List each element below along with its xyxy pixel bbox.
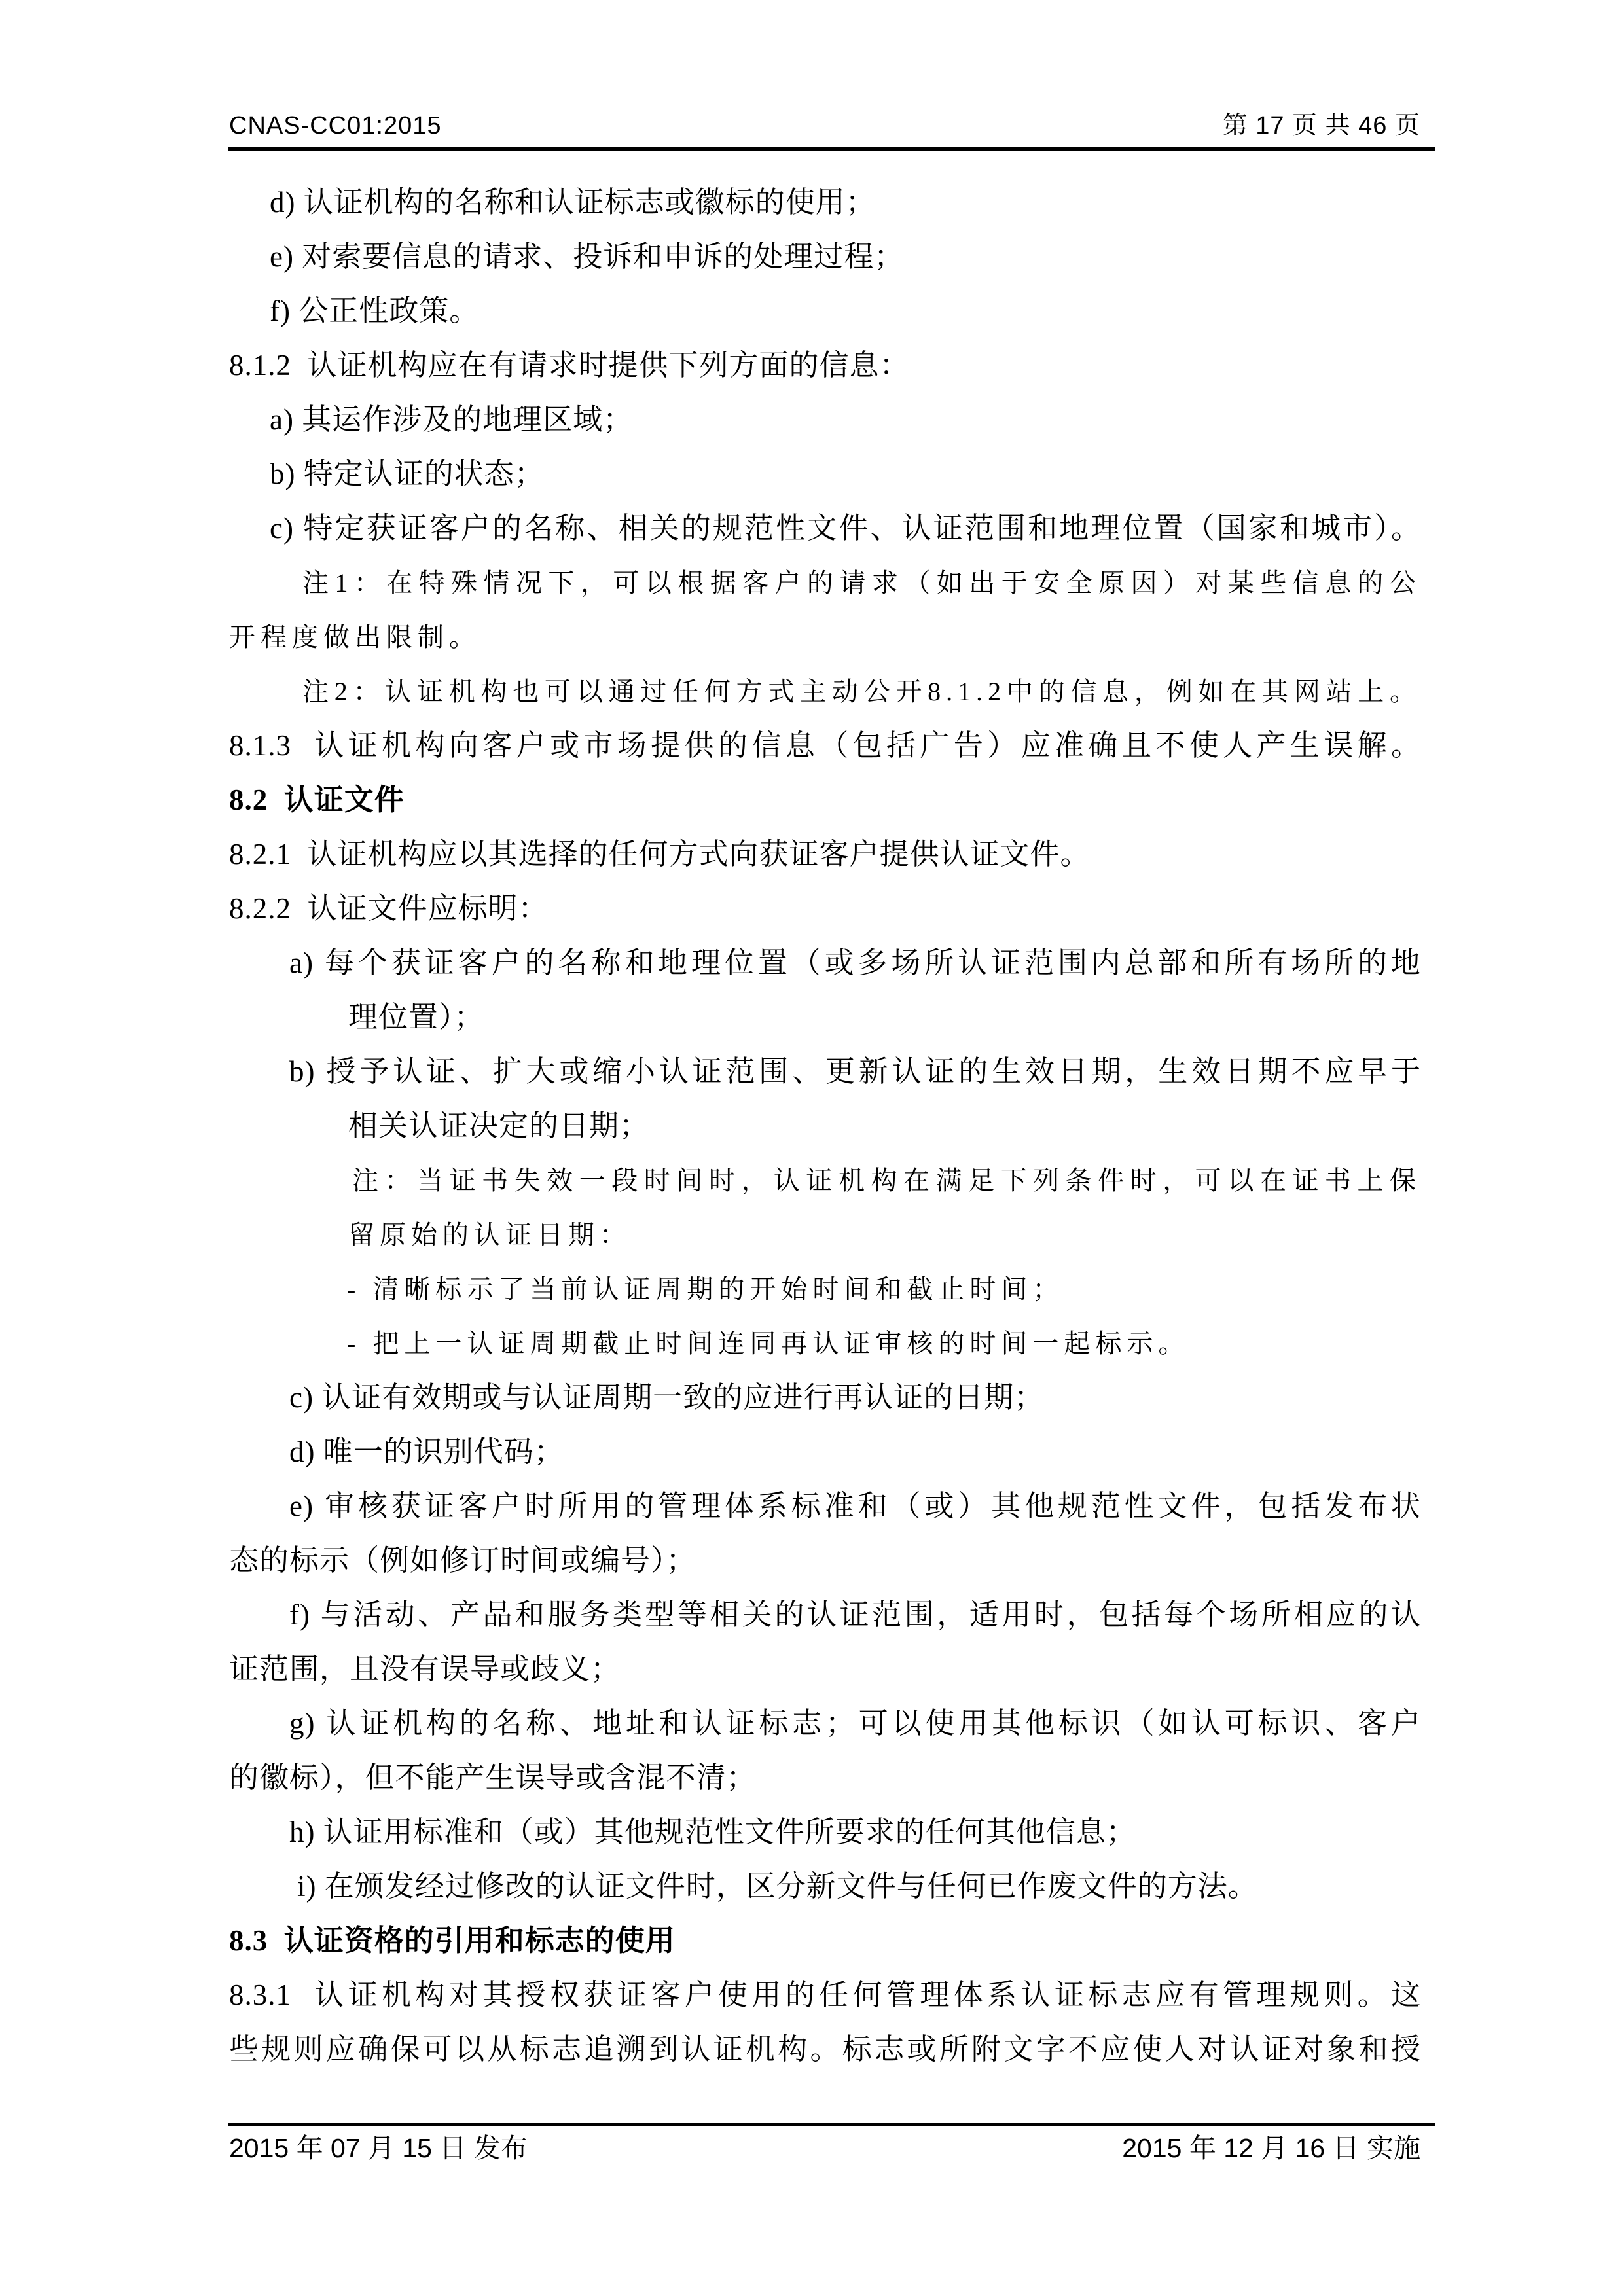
list-item-c: c) 认证有效期或与认证周期一致的应进行再认证的日期； [229, 1371, 1421, 1425]
dash-item-2: - 把上一认证周期截止时间连同再认证审核的时间一起标示。 [229, 1316, 1421, 1371]
list-item-e: e) 审核获证客户时所用的管理体系标准和（或）其他规范性文件，包括发布状 [229, 1479, 1421, 1534]
note-2: 注2：认证机构也可以通过任何方式主动公开8.1.2中的信息，例如在其网站上。 [229, 664, 1421, 719]
list-item-f-continuation: 证范围，且没有误导或歧义； [229, 1642, 1421, 1696]
dash-item-1: - 清晰标示了当前认证周期的开始时间和截止时间； [229, 1262, 1421, 1316]
note-1: 注1：在特殊情况下，可以根据客户的请求（如出于安全原因）对某些信息的公 [229, 556, 1421, 610]
list-item-a-continuation: 理位置）； [229, 990, 1421, 1045]
clause-8-1-2: 8.1.2 认证机构应在有请求时提供下列方面的信息： [229, 338, 1421, 393]
section-heading-8-2: 8.2 认证文件 [229, 773, 1421, 827]
clause-8-3-1-continuation: 些规则应确保可以从标志追溯到认证机构。标志或所附文字不应使人对认证对象和授 [229, 2022, 1421, 2077]
page-number: 第 17 页 共 46 页 [1223, 111, 1420, 140]
header-divider [228, 147, 1435, 151]
list-item-a: a) 每个获证客户的名称和地理位置（或多场所认证范围内总部和所有场所的地 [229, 936, 1421, 990]
clause-8-1-3: 8.1.3 认证机构向客户或市场提供的信息（包括广告）应准确且不使人产生误解。 [229, 719, 1421, 773]
list-item-e: e) 对索要信息的请求、投诉和申诉的处理过程； [229, 230, 1421, 284]
list-item-d: d) 认证机构的名称和认证标志或徽标的使用； [229, 175, 1421, 230]
page-footer: 2015 年 07 月 15 日 发布 2015 年 12 月 16 日 实施 [229, 2132, 1420, 2164]
list-item-e-continuation: 态的标示（例如修订时间或编号）； [229, 1534, 1421, 1588]
list-item-f: f) 与活动、产品和服务类型等相关的认证范围，适用时，包括每个场所相应的认 [229, 1588, 1421, 1642]
list-item-a: a) 其运作涉及的地理区域； [229, 393, 1421, 447]
list-item-h: h) 认证用标准和（或）其他规范性文件所要求的任何其他信息； [229, 1805, 1421, 1859]
list-item-b-continuation: 相关认证决定的日期； [229, 1099, 1421, 1153]
list-item-i: i) 在颁发经过修改的认证文件时，区分新文件与任何已作废文件的方法。 [229, 1859, 1421, 1914]
section-heading-8-3: 8.3 认证资格的引用和标志的使用 [229, 1914, 1421, 1968]
document-body: d) 认证机构的名称和认证标志或徽标的使用； e) 对索要信息的请求、投诉和申诉… [229, 175, 1421, 2077]
clause-8-2-2: 8.2.2 认证文件应标明： [229, 882, 1421, 936]
note: 注：当证书失效一段时间时，认证机构在满足下列条件时，可以在证书上保 [229, 1153, 1421, 1208]
note-1-continuation: 开程度做出限制。 [229, 610, 1421, 664]
list-item-g: g) 认证机构的名称、地址和认证标志；可以使用其他标识（如认可标识、客户 [229, 1696, 1421, 1751]
list-item-d: d) 唯一的识别代码； [229, 1425, 1421, 1479]
note-continuation: 留原始的认证日期： [229, 1208, 1421, 1262]
doc-code: CNAS-CC01:2015 [229, 111, 441, 140]
document-page: CNAS-CC01:2015 第 17 页 共 46 页 d) 认证机构的名称和… [0, 0, 1624, 2296]
page-header: CNAS-CC01:2015 第 17 页 共 46 页 [229, 111, 1420, 140]
list-item-b: b) 授予认证、扩大或缩小认证范围、更新认证的生效日期，生效日期不应早于 [229, 1045, 1421, 1099]
list-item-f: f) 公正性政策。 [229, 284, 1421, 338]
clause-8-3-1: 8.3.1 认证机构对其授权获证客户使用的任何管理体系认证标志应有管理规则。这 [229, 1968, 1421, 2022]
issue-date: 2015 年 07 月 15 日 发布 [229, 2132, 528, 2164]
clause-8-2-1: 8.2.1 认证机构应以其选择的任何方式向获证客户提供认证文件。 [229, 827, 1421, 882]
footer-divider [228, 2123, 1435, 2126]
implement-date: 2015 年 12 月 16 日 实施 [1122, 2132, 1420, 2164]
list-item-b: b) 特定认证的状态； [229, 447, 1421, 501]
list-item-g-continuation: 的徽标），但不能产生误导或含混不清； [229, 1751, 1421, 1805]
list-item-c: c) 特定获证客户的名称、相关的规范性文件、认证范围和地理位置（国家和城市）。 [229, 501, 1421, 556]
